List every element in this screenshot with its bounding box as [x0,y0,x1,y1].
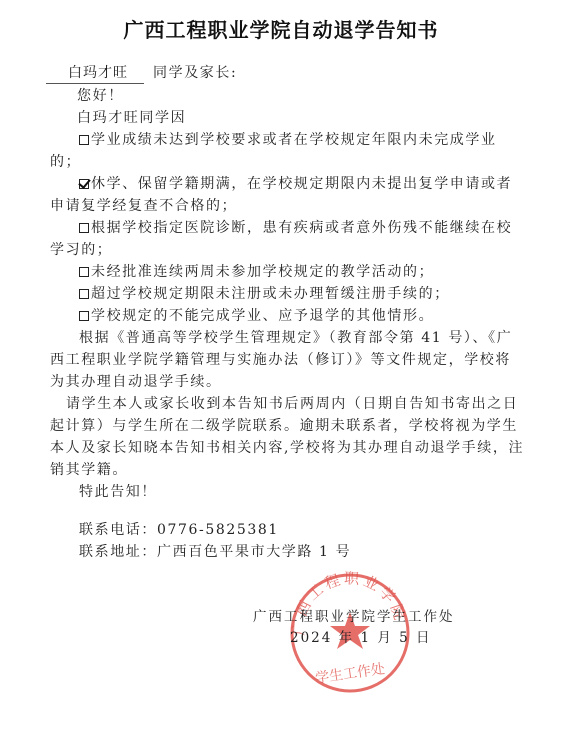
contact-address-row: 联系地址：广西百色平果市大学路 1 号 [79,542,351,562]
issue-date: 2024 年 1 月 5 日 [290,626,432,646]
issuer: 广西工程职业学院学生工作处 [253,605,455,625]
contact-phone-row: 联系电话：0776-5825381 [79,520,279,540]
closing: 特此告知！ [79,482,157,502]
contact-line-4: 销其学籍。 [50,460,128,480]
contact-line-3: 本人及家长知晓本告知书相关内容,学校将为其办理自动退学手续，注 [50,438,524,458]
contact-phone-label: 联系电话： [79,522,157,538]
contact-line-1: 请学生本人或家长收到本告知书后两周内（日期自告知书寄出之日 [66,394,518,414]
notice-page: 广西工程职业学院自动退学告知书 白玛才旺 同学及家长: 您好！ 白玛才旺同学因 … [0,0,562,750]
checkbox-reason-4 [79,267,89,277]
contact-line-2: 起计算）与学生所在二级学院联系。逾期未联系者，学校将视为学生 [50,416,518,436]
contact-phone: 0776-5825381 [157,522,279,538]
reason-item-4: 未经批准连续两周未参加学校规定的教学活动的； [79,262,434,282]
checkbox-reason-5 [79,289,89,299]
checkbox-reason-1 [79,135,89,145]
reason-5-line-1: 超过学校规定期限未注册或未办理暂缓注册手续的； [91,286,450,302]
reason-item-2: 休学、保留学籍期满，在学校规定期限内未提出复学申请或者 [79,174,512,194]
checkbox-reason-2-checked [79,179,89,189]
basis-line-2: 西工程职业学院学籍管理与实施办法（修订）》等文件规定，学校将 [50,350,511,370]
greeting: 您好！ [77,86,124,106]
reason-2-line-2: 申请复学经复查不合格的； [50,196,237,216]
contact-address-label: 联系地址： [79,544,157,560]
recipient-name-field: 白玛才旺 [46,63,144,84]
basis-line-3: 为其办理自动退学手续。 [50,372,222,392]
reason-item-5: 超过学校规定期限未注册或未办理暂缓注册手续的； [79,284,450,304]
reason-4-line-1: 未经批准连续两周未参加学校规定的教学活动的； [91,264,434,280]
reason-item-1: 学业成绩未达到学校要求或者在学校规定年限内未完成学业 [79,130,497,150]
reason-intro: 白玛才旺同学因 [77,108,186,128]
reason-3-line-1: 根据学校指定医院诊断，患有疾病或者意外伤残不能继续在校 [91,220,512,236]
contact-address: 广西百色平果市大学路 1 号 [157,544,351,560]
reason-item-3: 根据学校指定医院诊断，患有疾病或者意外伤残不能继续在校 [79,218,512,238]
checkbox-reason-6 [79,311,89,321]
recipient-name: 白玛才旺 [68,63,128,83]
reason-item-6: 学校规定的不能完成学业、应予退学的其他情形。 [79,306,434,326]
reason-3-line-2: 学习的； [50,240,112,260]
recipient-suffix: 同学及家长: [153,63,237,83]
reason-1-line-1: 学业成绩未达到学校要求或者在学校规定年限内未完成学业 [91,132,497,148]
basis-line-1: 根据《普通高等学校学生管理规定》（教育部令第 41 号）、《广 [79,328,512,348]
reason-1-line-2: 的； [50,152,81,172]
document-title: 广西工程职业学院自动退学告知书 [0,14,562,43]
checkbox-reason-3 [79,223,89,233]
reason-6-line-1: 学校规定的不能完成学业、应予退学的其他情形。 [91,308,434,324]
reason-2-line-1: 休学、保留学籍期满，在学校规定期限内未提出复学申请或者 [91,176,512,192]
seal-inner-text: 学生工作处 [314,660,386,687]
